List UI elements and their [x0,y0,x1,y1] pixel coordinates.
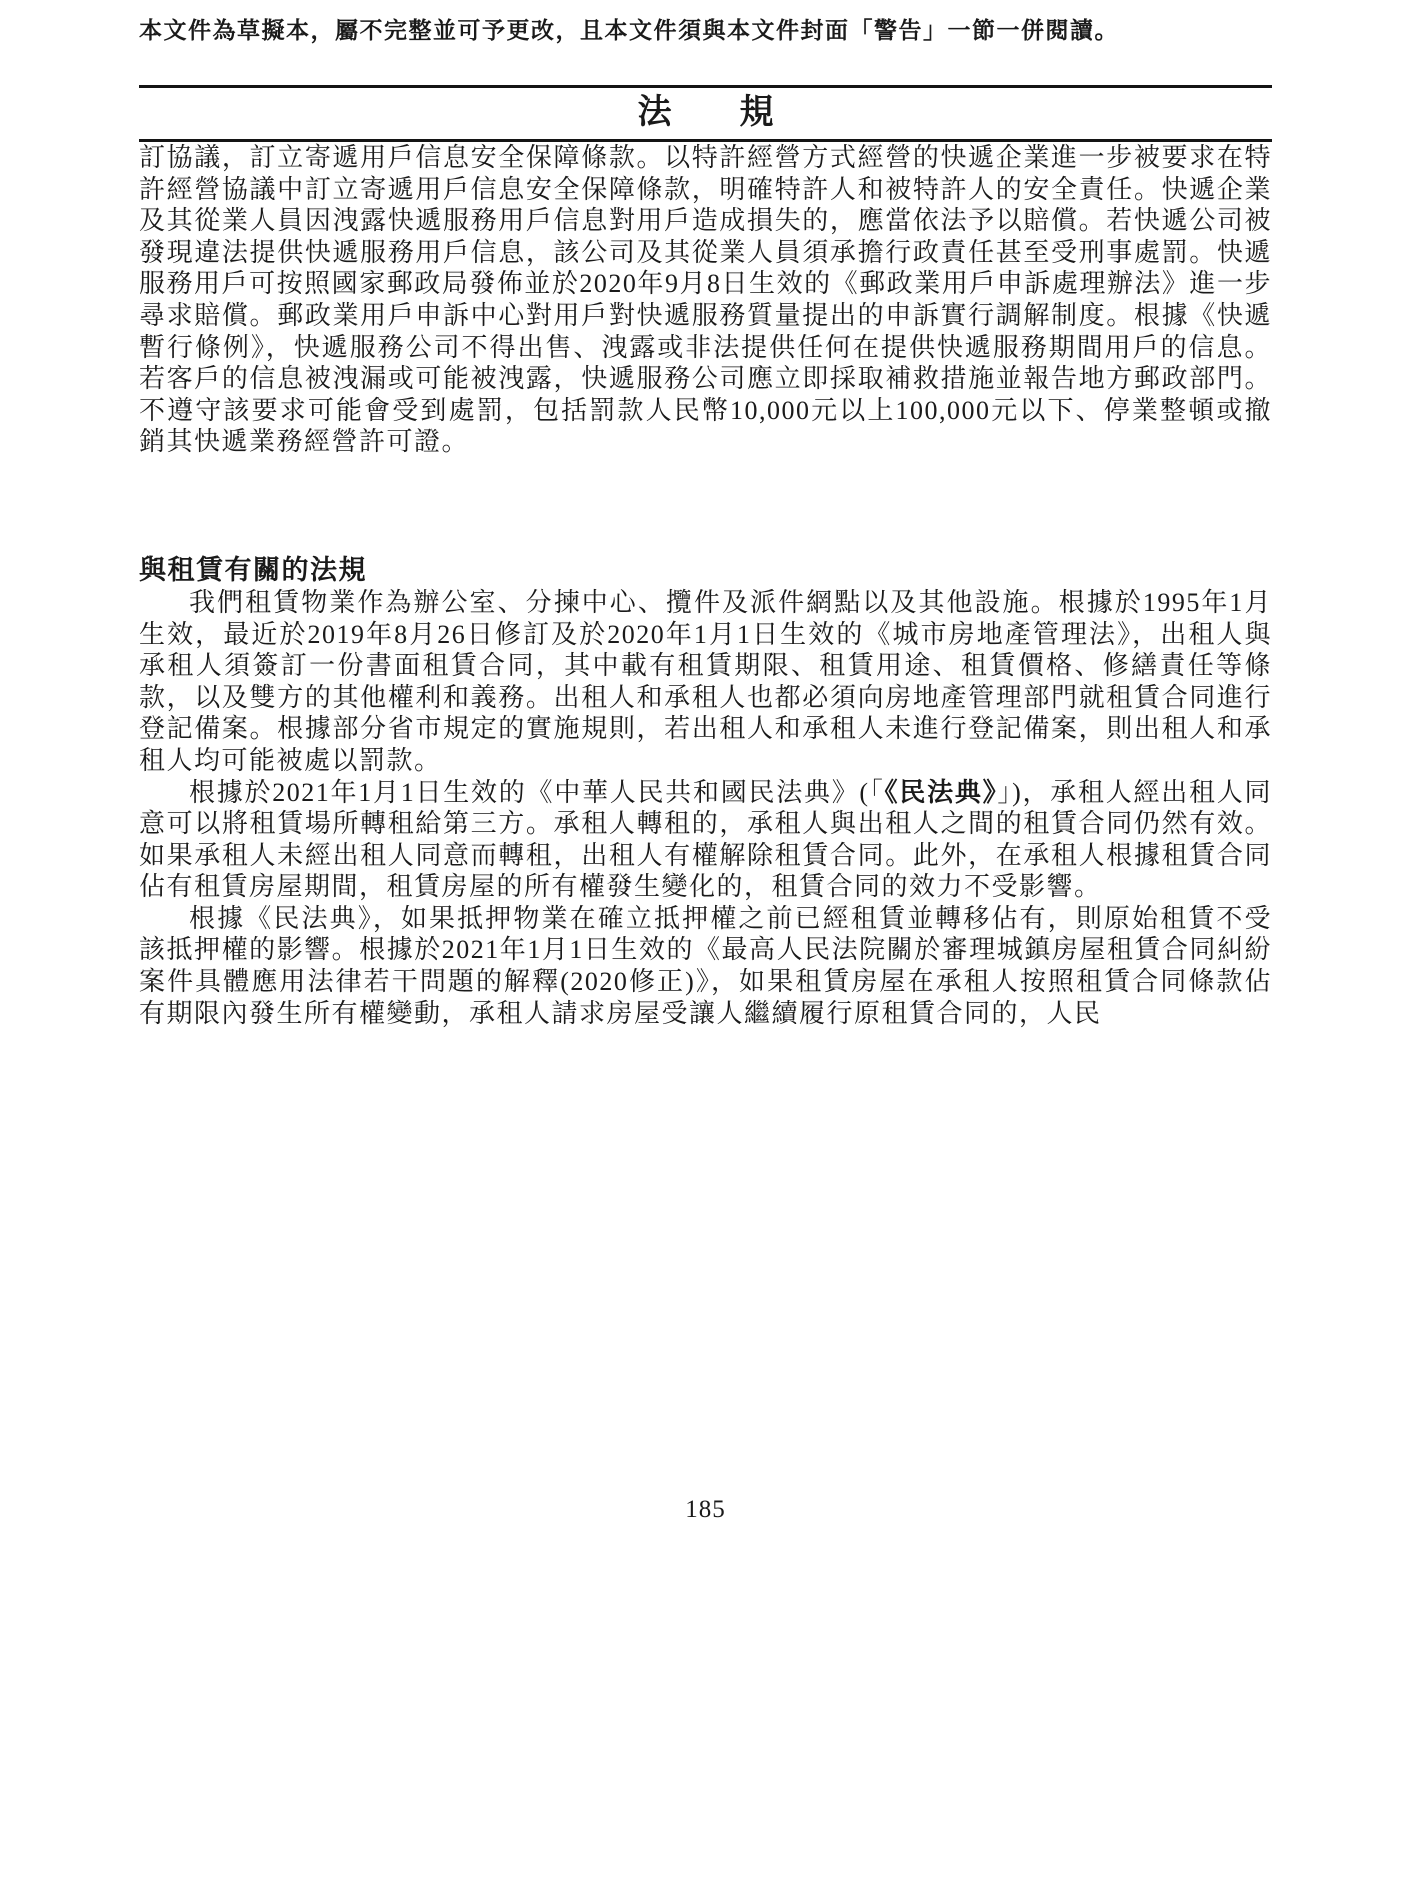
paragraph-express-user-info: 訂協議，訂立寄遞用戶信息安全保障條款。以特許經營方式經營的快遞企業進一步被要求在… [139,142,1272,458]
paragraph-civil-code-sublease: 根據於2021年1月1日生效的《中華人民共和國民法典》(「《民法典》」)，承租人… [139,777,1272,903]
paragraph-civil-code-sublease-text-before: 根據於2021年1月1日生效的《中華人民共和國民法典》(「 [189,778,885,807]
section-heading-leasing-regulations: 與租賃有關的法規 [139,554,1272,587]
paragraph-mortgage-lease: 根據《民法典》，如果抵押物業在確立抵押權之前已經租賃並轉移佔有，則原始租賃不受該… [139,903,1272,1029]
page-title: 法 規 [139,93,1272,133]
civil-code-defined-term: 《民法典》 [885,778,998,807]
document-page: 本文件為草擬本，屬不完整並可予更改，且本文件須與本文件封面「警告」一節一併閱讀。… [0,15,1411,1029]
title-divider-block: 法 規 [139,85,1272,142]
paragraph-lease-registration: 我們租賃物業作為辦公室、分揀中心、攬件及派件網點以及其他設施。根據於1995年1… [139,587,1272,777]
draft-disclaimer: 本文件為草擬本，屬不完整並可予更改，且本文件須與本文件封面「警告」一節一併閱讀。 [139,15,1272,46]
page-number: 185 [0,1496,1411,1524]
